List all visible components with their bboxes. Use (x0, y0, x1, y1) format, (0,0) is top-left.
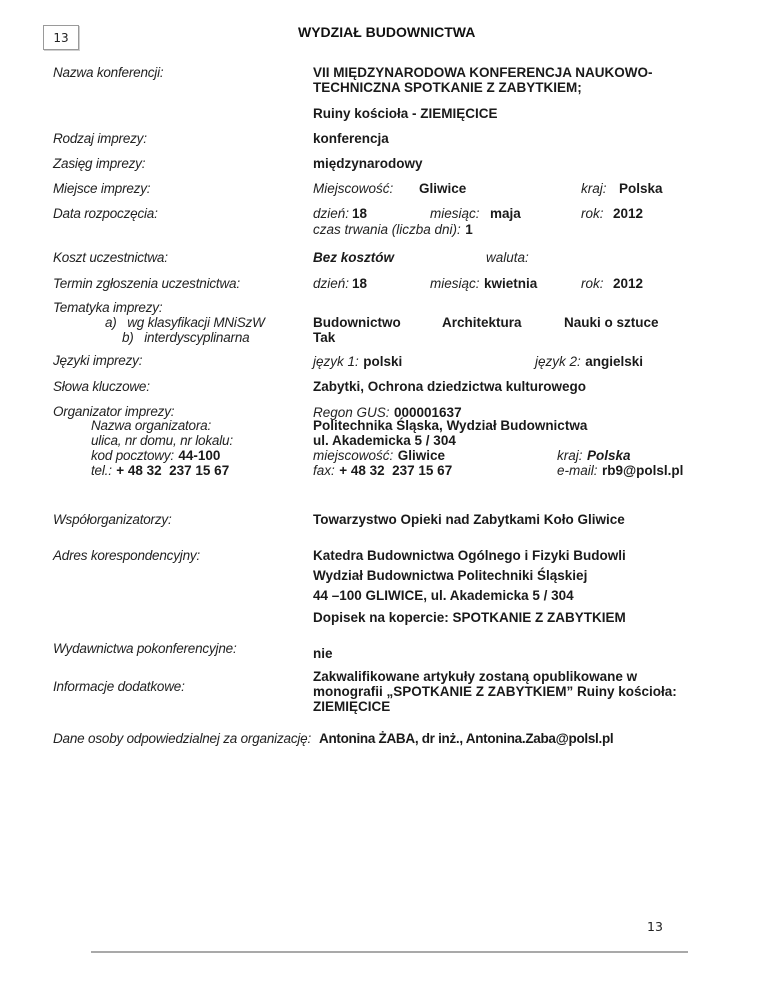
deadline-day-value: 18 (352, 276, 367, 291)
correspondence-label: Adres korespondencyjny: (53, 548, 200, 563)
registration-deadline-label: Termin zgłoszenia uczestnictwa: (53, 276, 240, 291)
deadline-year-value: 2012 (613, 276, 643, 291)
responsible-person-label: Dane osoby odpowiedzialnej za organizacj… (53, 731, 311, 746)
event-type-label: Rodzaj imprezy: (53, 131, 147, 146)
organizer-country-value: Polska (587, 448, 631, 463)
topics-sub-b-label: b) interdyscyplinarna (122, 330, 249, 345)
topics-label: Tematyka imprezy: (53, 300, 162, 315)
organizer-street-value: ul. Akademicka 5 / 304 (313, 433, 456, 448)
responsible-person-value: Antonina ŻABA, dr inż., Antonina.Zaba@po… (319, 731, 613, 746)
start-day-value: 18 (352, 206, 367, 221)
event-city-label: Miejscowość: (313, 181, 393, 196)
additional-info-line3: ZIEMIĘCICE (313, 699, 390, 714)
correspondence-line4: Dopisek na kopercie: SPOTKANIE Z ZABYTKI… (313, 610, 626, 625)
publications-label: Wydawnictwa pokonferencyjne: (53, 641, 237, 656)
page-title: WYDZIAŁ BUDOWNICTWA (298, 24, 475, 40)
correspondence-line2: Wydział Budownictwa Politechniki Śląskie… (313, 568, 587, 583)
event-place-label: Miejsce imprezy: (53, 181, 150, 196)
currency-label: waluta: (486, 250, 529, 265)
organizer-city-value: Gliwice (398, 448, 445, 463)
organizer-name-label: Nazwa organizatora: (91, 418, 211, 433)
conference-name-label: Nazwa konferencji: (53, 65, 163, 80)
conference-name-line3: Ruiny kościoła - ZIEMIĘCICE (313, 106, 498, 121)
organizer-label: Organizator imprezy: (53, 404, 174, 419)
additional-info-line2: monografii „SPOTKANIE Z ZABYTKIEM” Ruiny… (313, 684, 677, 699)
organizer-postal-value: 44-100 (178, 448, 220, 463)
duration-value: 1 (465, 222, 473, 237)
footer-page-number: 13 (647, 919, 663, 934)
deadline-year-label: rok: (581, 276, 604, 291)
page-number-box-text: 13 (53, 31, 68, 45)
footer-divider (91, 951, 688, 953)
organizer-name-value: Politechnika Śląska, Wydział Budownictwa (313, 418, 587, 433)
event-country-value: Polska (619, 181, 663, 196)
additional-info-label: Informacje dodatkowe: (53, 679, 185, 694)
organizer-fax-label: fax: (313, 463, 335, 478)
duration-label: czas trwania (liczba dni): (313, 222, 461, 237)
duration-row: czas trwania (liczba dni): 1 (313, 221, 473, 239)
event-scope-label: Zasięg imprezy: (53, 156, 145, 171)
keywords-label: Słowa kluczowe: (53, 379, 150, 394)
organizer-street-label: ulica, nr domu, nr lokalu: (91, 433, 233, 448)
languages-label: Języki imprezy: (53, 353, 142, 368)
coorganizers-value: Towarzystwo Opieki nad Zabytkami Koło Gl… (313, 512, 625, 527)
cost-value: Bez kosztów (313, 250, 394, 265)
start-month-value: maja (490, 206, 521, 221)
cost-label: Koszt uczestnictwa: (53, 250, 168, 265)
interdisciplinary-value: Tak (313, 330, 335, 345)
organizer-country-label: kraj: (557, 448, 583, 463)
start-day-label: dzień: (313, 206, 349, 221)
start-year-value: 2012 (613, 206, 643, 221)
topic-value-1: Budownictwo (313, 315, 401, 330)
conference-name-line2: TECHNICZNA SPOTKANIE Z ZABYTKIEM; (313, 80, 582, 95)
deadline-month-label: miesiąc: (430, 276, 480, 291)
event-type-value: konferencja (313, 131, 389, 146)
correspondence-line1: Katedra Budownictwa Ogólnego i Fizyki Bu… (313, 548, 626, 563)
organizer-email-label: e-mail: (557, 463, 598, 478)
organizer-postal-label: kod pocztowy: (91, 448, 174, 463)
keywords-value: Zabytki, Ochrona dziedzictwa kulturowego (313, 379, 586, 394)
deadline-month-value: kwietnia (484, 276, 537, 291)
organizer-email-value[interactable]: rb9@polsl.pl (602, 463, 683, 478)
start-month-label: miesiąc: (430, 206, 480, 221)
organizer-fax: fax: + 48 32 237 15 67 (313, 462, 452, 480)
page-number-box: 13 (43, 25, 79, 50)
topics-sub-a-label: a) wg klasyfikacji MNiSzW (105, 315, 265, 330)
topic-value-2: Architektura (442, 315, 522, 330)
publications-value: nie (313, 646, 333, 661)
language-1-label: język 1: (313, 354, 359, 369)
conference-name-line1: VII MIĘDZYNARODOWA KONFERENCJA NAUKOWO- (313, 65, 653, 80)
language-1-value: polski (363, 354, 402, 369)
topic-value-3: Nauki o sztuce (564, 315, 659, 330)
organizer-email: e-mail: rb9@polsl.pl (557, 462, 683, 480)
organizer-fax-value: + 48 32 237 15 67 (339, 463, 452, 478)
start-date-label: Data rozpoczęcia: (53, 206, 158, 221)
deadline-day-label: dzień: (313, 276, 349, 291)
event-city-value: Gliwice (419, 181, 466, 196)
coorganizers-label: Współorganizatorzy: (53, 512, 172, 527)
language-1: język 1: polski (313, 353, 402, 371)
additional-info-line1: Zakwalifikowane artykuły zostaną opublik… (313, 669, 637, 684)
event-scope-value: międzynarodowy (313, 156, 423, 171)
organizer-city-label: miejscowość: (313, 448, 393, 463)
language-2-value: angielski (585, 354, 643, 369)
correspondence-line3: 44 –100 GLIWICE, ul. Akademicka 5 / 304 (313, 588, 574, 603)
start-year-label: rok: (581, 206, 604, 221)
organizer-tel-value: + 48 32 237 15 67 (116, 463, 229, 478)
language-2-label: język 2: (535, 354, 581, 369)
organizer-tel-label: tel.: (91, 463, 112, 478)
language-2: język 2: angielski (535, 353, 643, 371)
event-country-label: kraj: (581, 181, 607, 196)
organizer-tel: tel.: + 48 32 237 15 67 (91, 462, 229, 480)
